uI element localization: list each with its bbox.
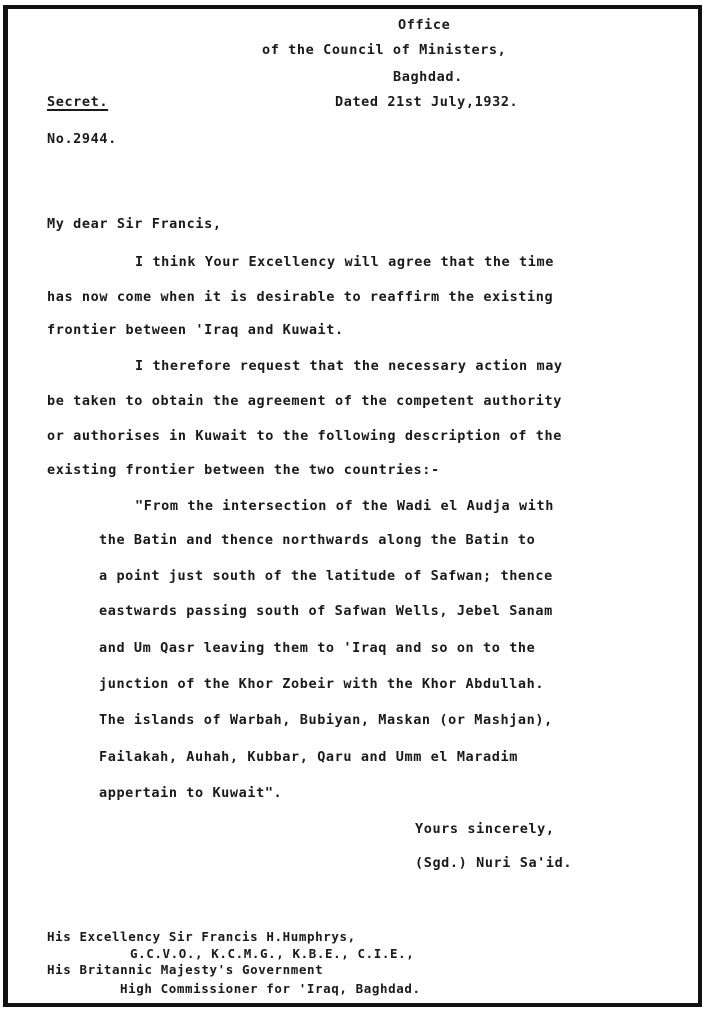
para1-line: frontier between 'Iraq and Kuwait. <box>47 322 344 338</box>
quote-line: The islands of Warbah, Bubiyan, Maskan (… <box>99 712 553 728</box>
city-line: Baghdad. <box>393 69 463 85</box>
para2-line: or authorises in Kuwait to the following… <box>47 428 562 444</box>
para2-line: be taken to obtain the agreement of the … <box>47 393 562 409</box>
addressee-line: His Britannic Majesty's Government <box>47 962 323 977</box>
para2-line: existing frontier between the two countr… <box>47 462 440 478</box>
quote-line: "From the intersection of the Wadi el Au… <box>135 498 554 514</box>
office-heading: Office <box>398 17 450 33</box>
quote-line: Failakah, Auhah, Kubbar, Qaru and Umm el… <box>99 749 518 765</box>
signature: (Sgd.) Nuri Sa'id. <box>415 855 572 871</box>
quote-line: and Um Qasr leaving them to 'Iraq and so… <box>99 640 535 656</box>
classification-label: Secret. <box>47 94 108 110</box>
quote-line: eastwards passing south of Safwan Wells,… <box>99 603 553 619</box>
addressee-honours: G.C.V.O., K.C.M.G., K.B.E., C.I.E., <box>130 946 414 961</box>
salutation: My dear Sir Francis, <box>47 216 222 232</box>
quote-line: appertain to Kuwait". <box>99 785 282 801</box>
quote-line: the Batin and thence northwards along th… <box>99 532 535 548</box>
date-line: Dated 21st July,1932. <box>335 94 518 110</box>
addressee-line: High Commissioner for 'Iraq, Baghdad. <box>120 981 421 996</box>
addressee-line: His Excellency Sir Francis H.Humphrys, <box>47 929 356 944</box>
quote-line: a point just south of the latitude of Sa… <box>99 568 553 584</box>
para1-line: has now come when it is desirable to rea… <box>47 289 553 305</box>
para1-line: I think Your Excellency will agree that … <box>135 254 554 270</box>
para2-line: I therefore request that the necessary a… <box>135 358 563 374</box>
quote-line: junction of the Khor Zobeir with the Kho… <box>99 676 544 692</box>
office-subheading: of the Council of Ministers, <box>262 42 506 58</box>
reference-number: No.2944. <box>47 131 117 147</box>
valediction: Yours sincerely, <box>415 821 555 837</box>
